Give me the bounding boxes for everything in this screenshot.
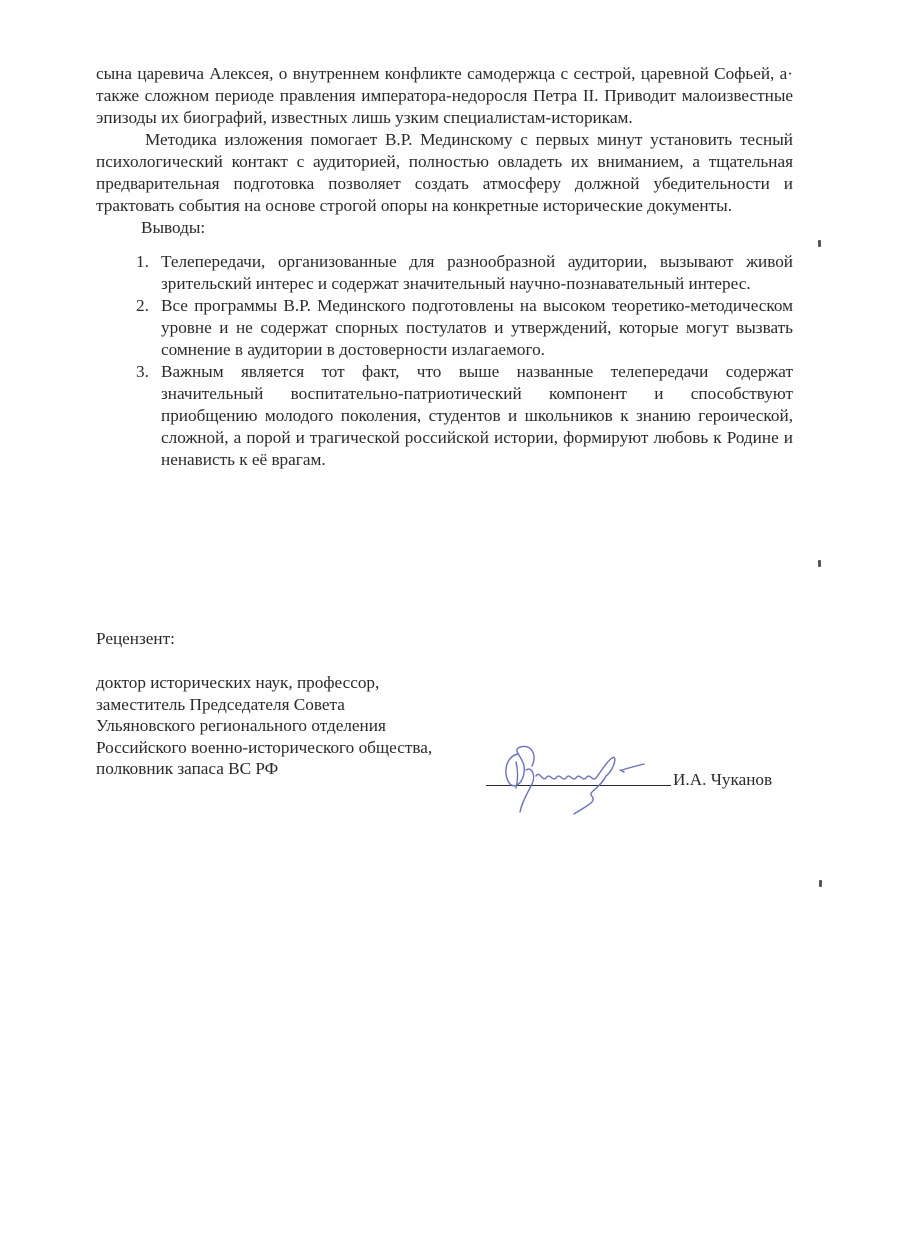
reviewer-credential-line: полковник запаса ВС РФ xyxy=(96,758,516,780)
conclusions-list: 1. Телепередачи, организованные для разн… xyxy=(96,251,793,471)
scan-margin-mark xyxy=(818,560,821,567)
reviewer-credential-line: заместитель Председателя Совета xyxy=(96,694,516,716)
paragraph-continuation: сына царевича Алексея, о внутреннем конф… xyxy=(96,63,793,129)
signer-name: И.А. Чуканов xyxy=(673,769,772,791)
conclusion-number: 2. xyxy=(136,295,149,317)
reviewer-block: Рецензент: доктор исторических наук, про… xyxy=(96,628,516,780)
conclusions-heading: Выводы: xyxy=(96,217,793,239)
reviewer-credential-line: Ульяновского регионального отделения xyxy=(96,715,516,737)
document-page: сына царевича Алексея, о внутреннем конф… xyxy=(0,0,900,1246)
scan-margin-mark xyxy=(819,880,822,887)
reviewer-credentials: доктор исторических наук, профессор, зам… xyxy=(96,672,516,780)
handwritten-signature-icon xyxy=(496,740,676,820)
reviewer-credential-line: доктор исторических наук, профессор, xyxy=(96,672,516,694)
signature-area: И.А. Чуканов xyxy=(486,740,806,820)
conclusion-number: 3. xyxy=(136,361,149,383)
reviewer-label: Рецензент: xyxy=(96,628,516,650)
conclusion-item: 1. Телепередачи, организованные для разн… xyxy=(96,251,793,295)
conclusion-text: Телепередачи, организованные для разнооб… xyxy=(161,252,793,293)
document-body: сына царевича Алексея, о внутреннем конф… xyxy=(96,63,793,471)
conclusion-text: Все программы В.Р. Мединского подготовле… xyxy=(161,296,793,359)
conclusion-number: 1. xyxy=(136,251,149,273)
scan-margin-mark xyxy=(818,240,821,247)
reviewer-credential-line: Российского военно-исторического обществ… xyxy=(96,737,516,759)
conclusion-item: 2. Все программы В.Р. Мединского подгото… xyxy=(96,295,793,361)
paragraph-methodology: Методика изложения помогает В.Р. Мединск… xyxy=(96,129,793,217)
conclusion-item: 3. Важным является тот факт, что выше на… xyxy=(96,361,793,471)
conclusion-text: Важным является тот факт, что выше назва… xyxy=(161,362,793,469)
